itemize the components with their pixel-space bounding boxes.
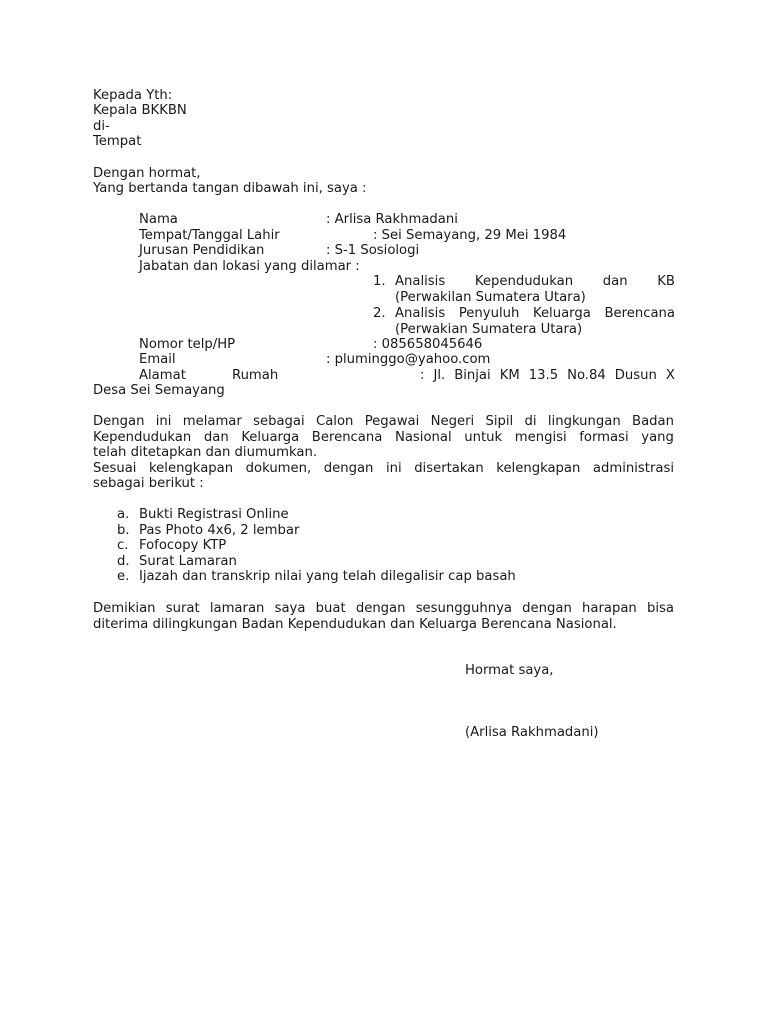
signature-salutation: Hormat saya, [465,663,554,679]
doc-item: Surat Lamaran [139,554,237,570]
recipient-line-3: di- [93,119,110,135]
address-label-2: Rumah [232,368,278,384]
paragraph-application: DenganinimelamarsebagaiCalonPegawaiNeger… [93,414,674,492]
address-value: : Jl. Binjai KM 13.5 No.84 Dusun X [420,368,675,384]
name-value: : Arlisa Rakhmadani [326,212,458,228]
position-2-title: Analisis Penyuluh Keluarga Berencana [395,306,675,322]
doc-marker: c. [117,538,128,554]
doc-item: Pas Photo 4x6, 2 lembar [139,523,299,539]
intro-text: Yang bertanda tangan dibawah ini, saya : [93,181,366,197]
doc-marker: e. [117,569,129,585]
email-value: : pluminggo@yahoo.com [326,352,490,368]
position-2-location: (Perwakian Sumatera Utara) [395,322,675,338]
greeting: Dengan hormat, [93,166,201,182]
paragraph-line: KependudukandanKeluargaBerencanaNasional… [93,430,674,446]
letter-page: Kepada Yth: Kepala BKKBN di- Tempat Deng… [0,0,768,1024]
paragraph-line: telah ditetapkan dan diumumkan. [93,445,674,461]
phone-value: : 085658045646 [373,337,482,353]
birth-label: Tempat/Tanggal Lahir [139,228,280,244]
doc-marker: b. [117,523,130,539]
paragraph-line: Demikiansuratlamaransayabuatdengansesung… [93,601,674,617]
position-1-item: Analisis Kependudukan dan KB (Perwakilan… [395,274,675,305]
birth-value: : Sei Semayang, 29 Mei 1984 [373,228,566,244]
major-label: Jurusan Pendidikan [139,243,264,259]
signature-name: (Arlisa Rakhmadani) [465,725,599,741]
position-label: Jabatan dan lokasi yang dilamar : [139,259,360,275]
recipient-line-1: Kepada Yth: [93,88,172,104]
major-value: : S-1 Sosiologi [326,243,419,259]
paragraph-line: sebagai berikut : [93,476,674,492]
position-1-number: 1. [373,274,386,290]
recipient-line-4: Tempat [93,134,141,150]
position-1-title: Analisis Kependudukan dan KB [395,274,675,290]
doc-marker: a. [117,507,129,523]
doc-marker: d. [117,554,130,570]
phone-label: Nomor telp/HP [139,337,235,353]
paragraph-line: Sesuaikelengkapandokumen,denganinidisert… [93,461,674,477]
position-1-location: (Perwakilan Sumatera Utara) [395,290,675,306]
recipient-line-2: Kepala BKKBN [93,103,187,119]
email-label: Email [139,352,176,368]
paragraph-closing: Demikiansuratlamaransayabuatdengansesung… [93,601,674,632]
address-continuation: Desa Sei Semayang [93,383,225,399]
doc-item: Ijazah dan transkrip nilai yang telah di… [139,569,516,585]
paragraph-line: DenganinimelamarsebagaiCalonPegawaiNeger… [93,414,674,430]
address-label-1: Alamat [139,368,186,384]
position-2-item: Analisis Penyuluh Keluarga Berencana (Pe… [395,306,675,337]
paragraph-line: diterima dilingkungan Badan Kependudukan… [93,617,674,633]
doc-item: Fofocopy KTP [139,538,226,554]
name-label: Nama [139,212,178,228]
position-2-number: 2. [373,306,386,322]
doc-item: Bukti Registrasi Online [139,507,289,523]
